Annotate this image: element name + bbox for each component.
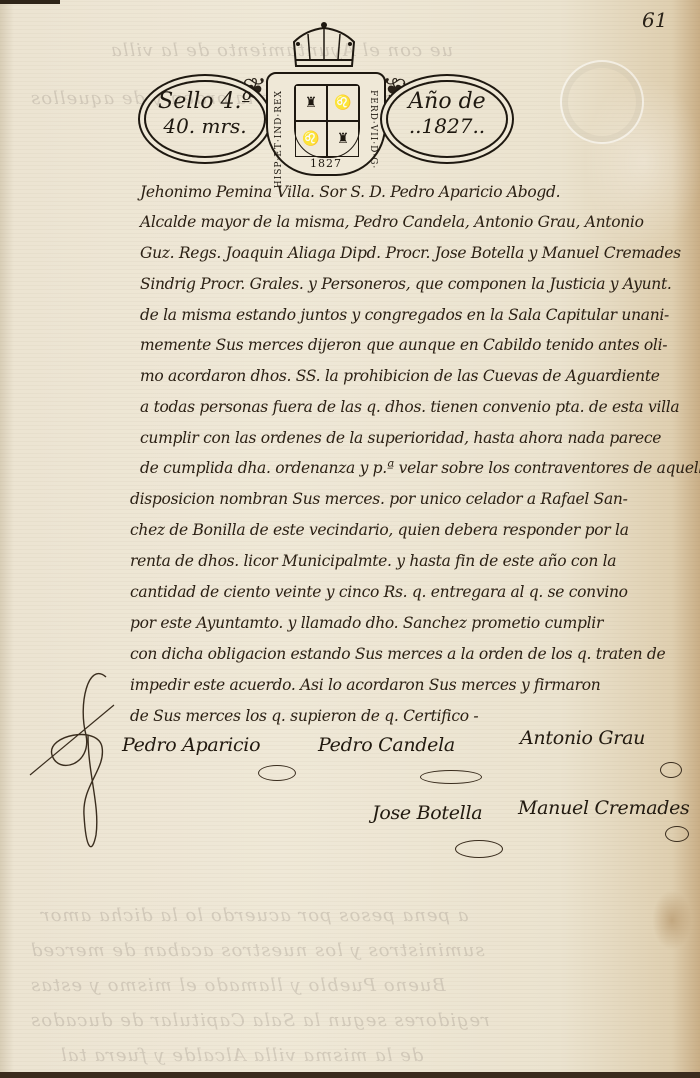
body-line: Alcalde mayor de la misma, Pedro Candela…	[140, 213, 644, 231]
body-line: chez de Bonilla de este vecindario, quie…	[130, 521, 629, 539]
body-line: con dicha obligacion estando Sus merces …	[130, 645, 665, 663]
body-line: de la misma estando juntos y congregados…	[140, 306, 669, 324]
page-bottom-edge	[0, 1072, 700, 1078]
rubric-flourish-icon	[665, 826, 689, 842]
signature-pedro-candela: Pedro Candela	[318, 734, 455, 756]
signature-jose-botella: Jose Botella	[372, 802, 482, 824]
rubric-flourish-icon	[258, 765, 296, 781]
body-line: cantidad de ciento veinte y cinco Rs. q.…	[130, 583, 628, 601]
crown-icon	[290, 22, 358, 72]
document-page: ue con el Ayuntamiento de la villa se pi…	[0, 0, 700, 1078]
rubric-flourish-icon	[420, 770, 482, 784]
signature-pedro-aparicio: Pedro Aparicio	[122, 734, 260, 756]
embossed-seal	[560, 60, 644, 144]
stamp-price-oval: Sello 4.º 40. mrs.	[144, 80, 266, 158]
paper-stain	[652, 890, 692, 950]
body-line: Sindrig Procr. Grales. y Personeros, que…	[140, 275, 672, 293]
margin-rubric-icon	[28, 665, 118, 865]
body-line: Guz. Regs. Joaquin Aliaga Dipd. Procr. J…	[140, 244, 681, 262]
rubric-flourish-icon	[455, 840, 503, 858]
body-line: disposicion nombran Sus merces. por unic…	[130, 490, 628, 508]
body-line: impedir este acuerdo. Asi lo acordaron S…	[130, 676, 600, 694]
body-line: de Sus merces los q. supieron de q. Cert…	[130, 707, 478, 725]
stamp-header: ❦ ❦ Sello 4.º 40. mrs. HISP·ET·IND·REX F…	[138, 22, 508, 172]
castle-icon: ♜	[295, 85, 327, 121]
coat-of-arms-shield: HISP·ET·IND·REX FERD·VII·D·G· ♜ ♌ ♌ ♜ 18…	[266, 72, 386, 176]
page-edge-shadow	[0, 0, 60, 4]
rubric-flourish-icon	[660, 762, 682, 778]
lion-icon: ♌	[327, 85, 359, 121]
lion-icon: ♌	[295, 121, 327, 157]
body-line: cumplir con las ordenes de la superiorid…	[140, 429, 661, 447]
body-line: a todas personas fuera de las q. dhos. t…	[140, 398, 679, 416]
body-line: renta de dhos. licor Municipalmte. y has…	[130, 552, 616, 570]
body-line: memente Sus merces dijeron que aunque en…	[140, 336, 667, 354]
castle-icon: ♜	[327, 121, 359, 157]
body-line: de cumplida dha. ordenanza y p.ª velar s…	[140, 459, 700, 477]
body-line: mo acordaron dhos. SS. la prohibicion de…	[140, 367, 660, 385]
signature-manuel-cremades: Manuel Cremades	[518, 797, 689, 819]
stamp-year-oval: Año de ..1827..	[386, 80, 508, 158]
signature-antonio-grau: Antonio Grau	[520, 727, 645, 749]
body-line: por este Ayuntamto. y llamado dho. Sanch…	[130, 614, 603, 632]
folio-number: 61	[642, 8, 667, 32]
body-line: Jehonimo Pemina Villa. Sor S. D. Pedro A…	[140, 183, 560, 201]
